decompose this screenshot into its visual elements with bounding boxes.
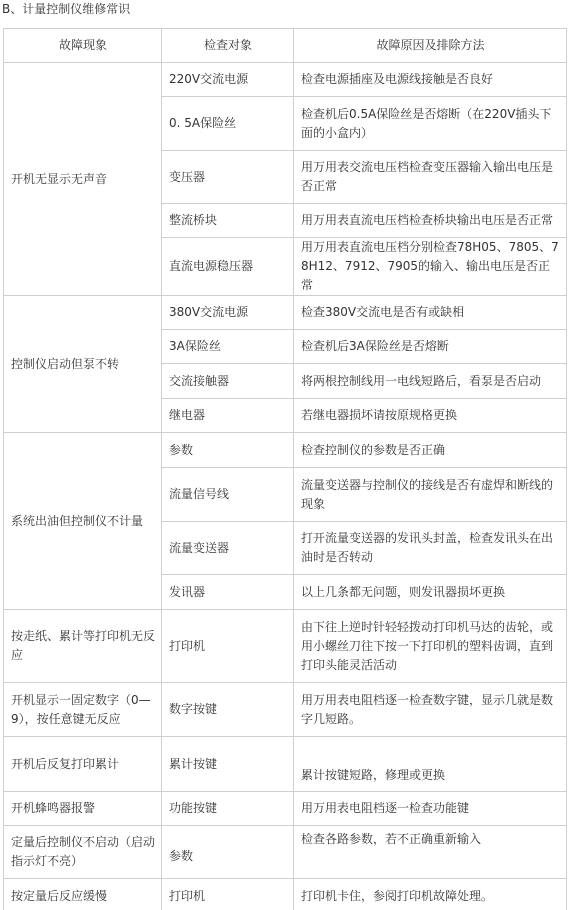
object-cell: 3A保险丝 xyxy=(162,330,294,364)
object-cell: 直流电源稳压器 xyxy=(162,238,294,296)
object-cell: 继电器 xyxy=(162,399,294,433)
method-cell: 打印机卡住，参阅打印机故障处理。 xyxy=(294,879,567,910)
header-cause-method: 故障原因及排除方法 xyxy=(294,29,567,63)
object-cell: 交流接触器 xyxy=(162,364,294,399)
maintenance-table: 故障现象 检查对象 故障原因及排除方法 开机无显示无声音 220V交流电源 检查… xyxy=(3,28,567,910)
table-row: 按定量后反应缓慢 打印机 打印机卡住，参阅打印机故障处理。 xyxy=(4,879,567,910)
table-row: 按走纸、累计等打印机无反应 打印机 由下往上逆时针轻轻拨动打印机马达的齿轮，或用… xyxy=(4,610,567,683)
method-cell: 检查控制仪的参数是否正确 xyxy=(294,433,567,468)
object-cell: 380V交流电源 xyxy=(162,296,294,330)
method-cell: 用万用表交流电压档检查变压器输入输出电压是否正常 xyxy=(294,151,567,204)
table-row: 开机蜂鸣器报警 功能按键 用万用表电阻档逐一检查功能键 xyxy=(4,792,567,826)
method-cell: 检查机后3A保险丝是否熔断 xyxy=(294,330,567,364)
method-cell: 将两根控制线用一电线短路后，看泵是否启动 xyxy=(294,364,567,399)
table-row: 开机后反复打印累计 累计按键 累计按键短路，修理或更换 xyxy=(4,737,567,792)
object-cell: 220V交流电源 xyxy=(162,63,294,97)
object-cell: 变压器 xyxy=(162,151,294,204)
header-check-object: 检查对象 xyxy=(162,29,294,63)
table-row: 定量后控制仪不启动（启动指示灯不亮） 参数 检查各路参数，若不正确重新输入 xyxy=(4,826,567,879)
header-symptom: 故障现象 xyxy=(4,29,162,63)
object-cell: 整流桥块 xyxy=(162,204,294,238)
method-cell: 流量变送器与控制仪的接线是否有虚焊和断线的现象 xyxy=(294,468,567,522)
method-cell: 检查机后0.5A保险丝是否熔断（在220V插头下面的小盒内） xyxy=(294,97,567,151)
method-cell: 累计按键短路，修理或更换 xyxy=(294,737,567,792)
symptom-cell: 按定量后反应缓慢 xyxy=(4,879,162,910)
object-cell: 参数 xyxy=(162,433,294,468)
symptom-cell: 定量后控制仪不启动（启动指示灯不亮） xyxy=(4,826,162,879)
object-cell: 打印机 xyxy=(162,610,294,683)
method-cell: 用万用表电阻档逐一检查功能键 xyxy=(294,792,567,826)
object-cell: 发讯器 xyxy=(162,575,294,610)
object-cell: 流量信号线 xyxy=(162,468,294,522)
symptom-cell: 开机后反复打印累计 xyxy=(4,737,162,792)
method-cell: 检查380V交流电是否有或缺相 xyxy=(294,296,567,330)
method-cell: 用万用表直流电压档检查桥块输出电压是否正常 xyxy=(294,204,567,238)
table-row: 开机无显示无声音 220V交流电源 检查电源插座及电源线接触是否良好 xyxy=(4,63,567,97)
table-row: 控制仪启动但泵不转 380V交流电源 检查380V交流电是否有或缺相 xyxy=(4,296,567,330)
table-header-row: 故障现象 检查对象 故障原因及排除方法 xyxy=(4,29,567,63)
object-cell: 参数 xyxy=(162,826,294,879)
method-cell: 由下往上逆时针轻轻拨动打印机马达的齿轮，或用小螺丝刀往下按一下打印机的塑料齿调，… xyxy=(294,610,567,683)
object-cell: 功能按键 xyxy=(162,792,294,826)
symptom-cell: 控制仪启动但泵不转 xyxy=(4,296,162,433)
method-cell: 打开流量变送器的发讯头封盖，检查发讯头在出油时是否转动 xyxy=(294,522,567,575)
method-cell: 检查各路参数，若不正确重新输入 xyxy=(294,826,567,879)
object-cell: 打印机 xyxy=(162,879,294,910)
method-cell: 用万用表直流电压档分别检查78H05、7805、78H12、7912、7905的… xyxy=(294,238,567,296)
method-cell: 检查电源插座及电源线接触是否良好 xyxy=(294,63,567,97)
method-cell: 若继电器损坏请按原规格更换 xyxy=(294,399,567,433)
symptom-cell: 开机显示一固定数字（0—9），按任意键无反应 xyxy=(4,683,162,737)
table-row: 开机显示一固定数字（0—9），按任意键无反应 数字按键 用万用表电阻档逐一检查数… xyxy=(4,683,567,737)
symptom-cell: 按走纸、累计等打印机无反应 xyxy=(4,610,162,683)
object-cell: 数字按键 xyxy=(162,683,294,737)
method-cell: 用万用表电阻档逐一检查数字键，显示几就是数字几短路。 xyxy=(294,683,567,737)
section-title: B、计量控制仪维修常识 xyxy=(2,1,130,17)
symptom-cell: 开机蜂鸣器报警 xyxy=(4,792,162,826)
table-row: 系统出油但控制仪不计量 参数 检查控制仪的参数是否正确 xyxy=(4,433,567,468)
object-cell: 累计按键 xyxy=(162,737,294,792)
object-cell: 0. 5A保险丝 xyxy=(162,97,294,151)
method-cell: 以上几条都无问题，则发讯器损坏更换 xyxy=(294,575,567,610)
symptom-cell: 系统出油但控制仪不计量 xyxy=(4,433,162,610)
symptom-cell: 开机无显示无声音 xyxy=(4,63,162,296)
object-cell: 流量变送器 xyxy=(162,522,294,575)
